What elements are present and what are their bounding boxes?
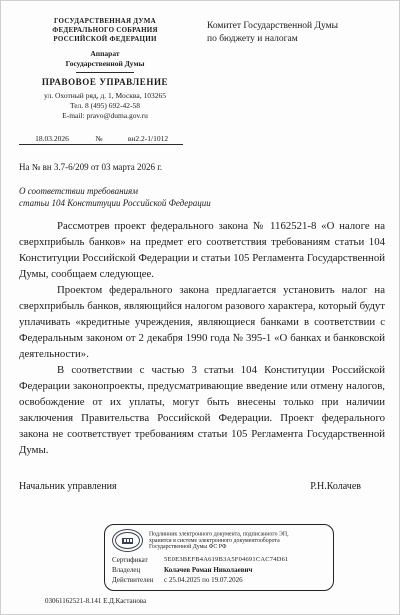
org-name-line1: ГОСУДАРСТВЕННАЯ ДУМА [19, 17, 191, 26]
stamp-valid-row: Действителен с 25.04.2025 по 19.07.2026 [112, 575, 325, 585]
stamp-top: Подлинник электронного документа, подпис… [112, 529, 325, 552]
valid-value: с 25.04.2025 по 19.07.2026 [164, 575, 243, 585]
duma-emblem-icon [112, 529, 143, 552]
executor-footer-note: 03061162521-8.141 Е.Д.Кастанова [45, 597, 146, 605]
duma-building-icon [122, 538, 133, 544]
electronic-signature-stamp: Подлинник электронного документа, подпис… [104, 524, 334, 591]
letterhead: ГОСУДАРСТВЕННАЯ ДУМА ФЕДЕРАЛЬНОГО СОБРАН… [19, 17, 191, 145]
address-line: ул. Охотный ряд, д. 1, Москва, 103265 [19, 91, 191, 101]
letter-date: 18.03.2026 [19, 134, 85, 145]
subject-line2: статьи 104 Конституции Российской Федера… [19, 197, 385, 209]
signer-position: Начальник управления [19, 481, 117, 492]
apparat-line1: Аппарат [19, 49, 191, 59]
signature-row: Начальник управления Р.Н.Колачев [19, 481, 385, 492]
stamp-certificate-row: Сертификат 5E0E3BEFB4A619B3A5F04691CAC74… [112, 555, 325, 565]
document-header: ГОСУДАРСТВЕННАЯ ДУМА ФЕДЕРАЛЬНОГО СОБРАН… [19, 17, 385, 145]
letter-number: вн2.2-1/1012 [113, 134, 183, 145]
signer-name: Р.Н.Колачев [310, 481, 361, 492]
email-line: E-mail: pravo@duma.gov.ru [19, 111, 191, 121]
org-name-line2: ФЕДЕРАЛЬНОГО СОБРАНИЯ [19, 26, 191, 35]
phone-line: Тел. 8 (495) 692-42-58 [19, 101, 191, 111]
body-paragraph-2: Проектом федерального закона предлагаетс… [19, 282, 385, 362]
letterhead-divider [76, 72, 134, 73]
valid-label: Действителен [112, 575, 164, 585]
department-name: ПРАВОВОЕ УПРАВЛЕНИЕ [19, 77, 191, 87]
owner-label: Владелец [112, 565, 164, 575]
apparat-block: Аппарат Государственной Думы [19, 49, 191, 68]
certificate-value: 5E0E3BEFB4A619B3A5F04691CAC74D61 [164, 555, 289, 565]
emblem-inner-ring [115, 532, 140, 549]
recipient-line1: Комитет Государственной Думы [207, 20, 338, 33]
recipient-block: Комитет Государственной Думы по бюджету … [207, 17, 338, 46]
certificate-label: Сертификат [112, 555, 164, 565]
subject-block: О соответствии требованиям статьи 104 Ко… [19, 185, 385, 209]
org-name-line3: РОССИЙСКОЙ ФЕДЕРАЦИИ [19, 35, 191, 44]
body-paragraph-1: Рассмотрев проект федерального закона № … [19, 218, 385, 282]
stamp-rows: Сертификат 5E0E3BEFB4A619B3A5F04691CAC74… [112, 555, 325, 585]
recipient-line2: по бюджету и налогам [207, 33, 338, 46]
apparat-line2: Государственной Думы [19, 59, 191, 69]
number-sign: № [85, 134, 113, 145]
subject-line1: О соответствии требованиям [19, 185, 385, 197]
letter-body: Рассмотрев проект федерального закона № … [19, 218, 385, 458]
reference-line: На № вн 3.7-6/209 от 03 марта 2026 г. [19, 162, 385, 172]
stamp-header-text: Подлинник электронного документа, подпис… [149, 531, 307, 550]
owner-value: Колачев Роман Николаевич [164, 565, 252, 575]
document-page: ГОСУДАРСТВЕННАЯ ДУМА ФЕДЕРАЛЬНОГО СОБРАН… [0, 0, 400, 615]
date-number-row: 18.03.2026 № вн2.2-1/1012 [19, 134, 183, 145]
body-paragraph-3: В соответствии с частью 3 статьи 104 Кон… [19, 362, 385, 458]
stamp-owner-row: Владелец Колачев Роман Николаевич [112, 565, 325, 575]
